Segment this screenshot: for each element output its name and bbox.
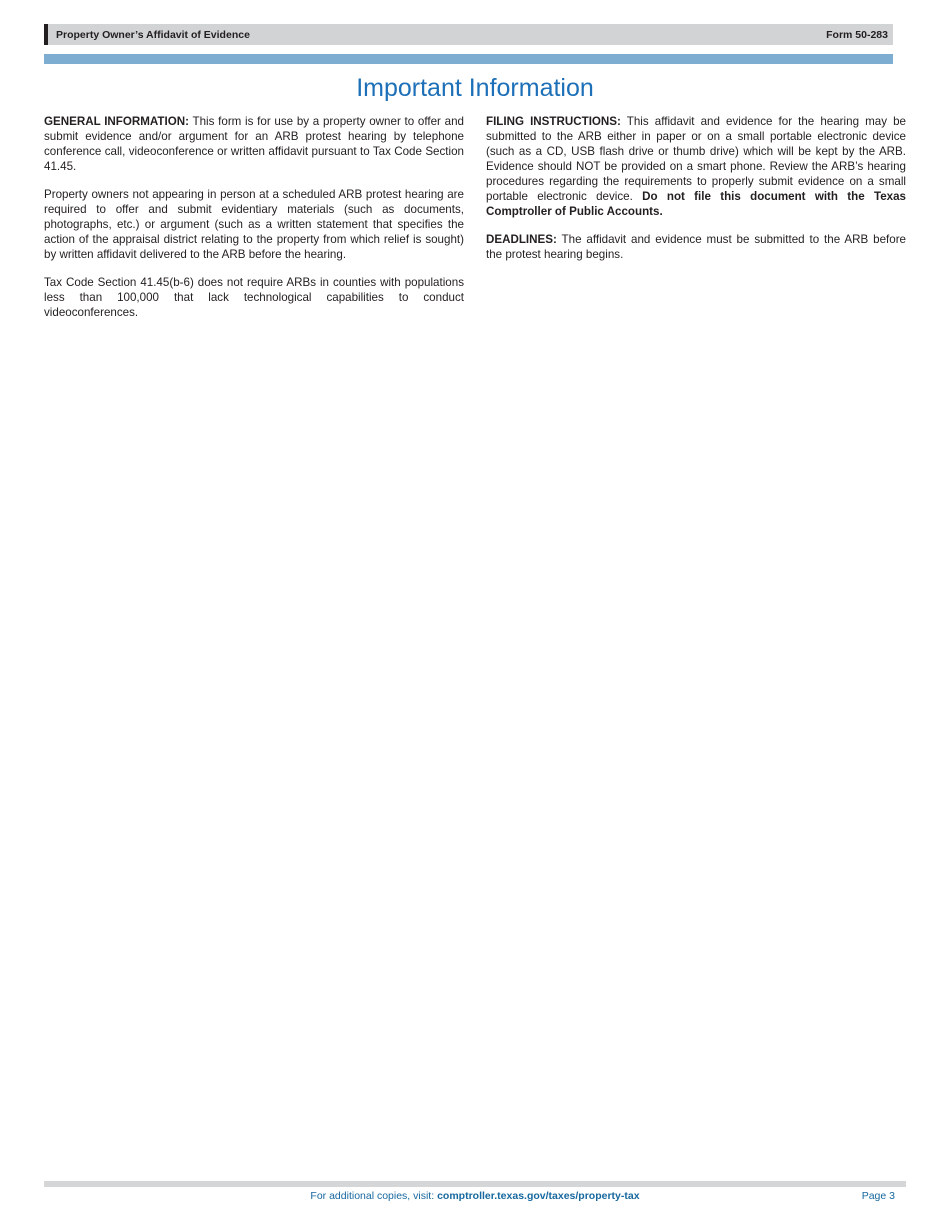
filing-instructions-label: FILING INSTRUCTIONS: <box>486 115 621 128</box>
page-number: Page 3 <box>862 1190 895 1202</box>
footer-divider-bar <box>44 1181 906 1187</box>
property-owners-paragraph: Property owners not appearing in person … <box>44 187 464 262</box>
header-divider-bar <box>44 54 893 64</box>
deadlines-label: DEADLINES: <box>486 233 557 246</box>
form-title: Property Owner’s Affidavit of Evidence <box>44 29 250 41</box>
general-information-paragraph: GENERAL INFORMATION: This form is for us… <box>44 114 464 174</box>
deadlines-paragraph: DEADLINES: The affidavit and evidence mu… <box>486 232 906 262</box>
filing-instructions-paragraph: FILING INSTRUCTIONS: This affidavit and … <box>486 114 906 219</box>
document-page: Property Owner’s Affidavit of Evidence F… <box>0 0 950 1230</box>
body-columns: GENERAL INFORMATION: This form is for us… <box>44 114 906 333</box>
tax-code-paragraph: Tax Code Section 41.45(b-6) does not req… <box>44 275 464 320</box>
footer-copies-note: For additional copies, visit: comptrolle… <box>0 1190 950 1202</box>
general-information-label: GENERAL INFORMATION: <box>44 115 189 128</box>
footer-copies-prefix: For additional copies, visit: <box>310 1190 437 1202</box>
footer-copies-link[interactable]: comptroller.texas.gov/taxes/property-tax <box>437 1190 640 1202</box>
right-column: FILING INSTRUCTIONS: This affidavit and … <box>486 114 906 333</box>
header-accent-strip <box>44 24 48 45</box>
left-column: GENERAL INFORMATION: This form is for us… <box>44 114 464 333</box>
page-title: Important Information <box>0 74 950 103</box>
form-header-bar: Property Owner’s Affidavit of Evidence F… <box>44 24 893 45</box>
form-number: Form 50-283 <box>826 29 893 41</box>
